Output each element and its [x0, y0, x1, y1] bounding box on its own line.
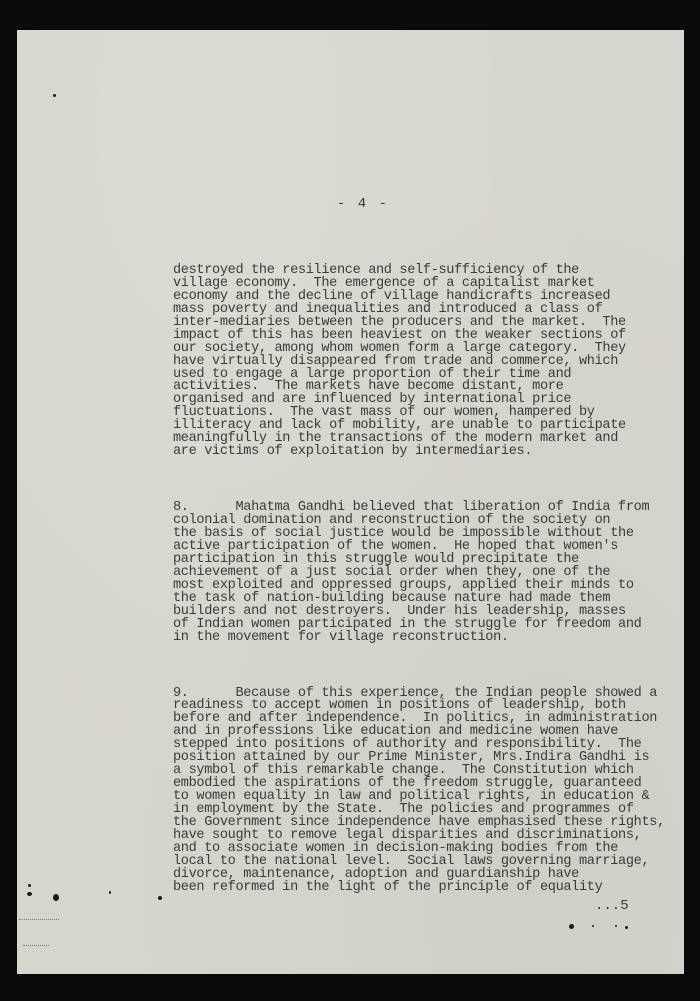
paragraph-8: 8. Mahatma Gandhi believed that liberati… [173, 502, 693, 644]
ink-speck [27, 892, 32, 896]
paragraph-9: 9. Because of this experience, the India… [173, 688, 693, 895]
ink-speck [615, 925, 617, 927]
ink-speck [158, 896, 162, 900]
continuation-marker: ...5 [595, 898, 629, 914]
ink-speck [53, 94, 56, 97]
paragraph-continuation: destroyed the resilience and self-suffic… [173, 265, 693, 459]
ink-speck [625, 926, 628, 929]
ink-speck [28, 884, 31, 887]
scan-artifact [19, 919, 59, 921]
bleed-through-texture [87, 90, 607, 250]
scan-artifact [23, 945, 49, 947]
page-number: - 4 - [337, 196, 389, 212]
document-body: destroyed the resilience and self-suffic… [173, 239, 693, 921]
ink-speck [109, 891, 111, 894]
ink-speck [53, 894, 59, 901]
ink-speck [592, 925, 594, 927]
document-page: - 4 - destroyed the resilience and self-… [17, 30, 684, 974]
ink-speck [569, 924, 574, 929]
